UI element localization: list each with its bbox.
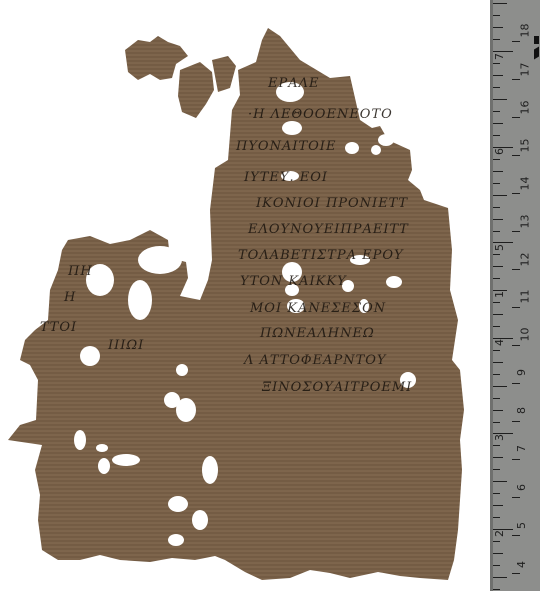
text-line: ΕΛΟΥΝΟΥΕΙΠΡΑΕΙΤΤ — [248, 222, 409, 237]
measurement-ruler: 7 6 5 4 3 2 1 18 17 16 15 14 13 12 11 10… — [490, 0, 540, 591]
text-line: ΠΩΝΕΑΛΗΝΕΩ — [260, 326, 375, 341]
ruler-black-mark — [534, 47, 539, 60]
text-line: ΙΙΙΩΙ — [108, 338, 144, 353]
text-line: Λ ΑΤΤΟΦΕΑΡΝΤΟΥ — [244, 353, 386, 368]
text-line: ΥΤΟΝ ΚΑΙΚΚΥ — [240, 274, 347, 289]
ruler-cm-label: 10 — [519, 328, 532, 342]
ruler-inch-label: 7 — [493, 53, 506, 60]
text-line: ΤΤΟΙ — [40, 320, 77, 335]
ruler-cm-label: 18 — [519, 24, 532, 38]
ruler-cm-label: 5 — [515, 522, 528, 529]
text-line: ΠΗ — [68, 264, 93, 279]
ruler-cm-label: 7 — [515, 445, 528, 452]
ruler-inch-label: 5 — [493, 244, 506, 251]
ruler-cm-label: 12 — [519, 253, 532, 267]
ruler-cm-label: 8 — [515, 407, 528, 414]
text-line: ΙΚΟΝΙΟΙ ΠΡΟΝΙΕΤΤ — [256, 196, 408, 211]
ruler-cm-label: 15 — [519, 139, 532, 153]
ruler-cm-label: 17 — [519, 63, 532, 77]
ruler-inch-label: 2 — [493, 530, 506, 537]
text-line: ΞΙΝΟΣΟΥΑΙΤΡΟΕΜΙ — [262, 380, 412, 395]
text-line: ΠΥΟΝΑΙΤΟΙΕ — [236, 139, 336, 154]
text-line: ΜΟΙ ΚΑΝΕΣΕΣΟΝ — [250, 301, 386, 316]
ruler-inch-label: 4 — [493, 339, 506, 346]
ruler-inch-label: 3 — [493, 434, 506, 441]
ruler-cm-label: 11 — [519, 290, 532, 304]
text-line: ΕΡΑΛΕ — [268, 76, 320, 91]
text-line: ·Η ΛΕΘΟΟΕΝΕΟΤΟ — [248, 107, 393, 122]
ruler-cm-label: 16 — [519, 101, 532, 115]
ruler-cm-label: 14 — [519, 177, 532, 191]
ruler-inch-label: 6 — [493, 148, 506, 155]
text-line: Η — [64, 290, 76, 305]
text-line: ΤΟΛΑΒΕΤΙΣΤΡΑ ΕΡΟΥ — [238, 248, 404, 263]
ruler-black-mark — [534, 36, 539, 44]
ruler-cm-label: 6 — [515, 484, 528, 491]
papyrus-photograph: ΕΡΑΛΕ ·Η ΛΕΘΟΟΕΝΕΟΤΟ ΠΥΟΝΑΙΤΟΙΕ ΙΥΤΕΥ. Ε… — [0, 0, 540, 591]
text-line: ΙΥΤΕΥ. ΕΟΙ — [244, 170, 328, 185]
ruler-cm-label: 4 — [515, 561, 528, 568]
ruler-inch-label: 1 — [493, 291, 506, 298]
ruler-cm-label: 9 — [515, 369, 528, 376]
ruler-cm-label: 13 — [519, 215, 532, 229]
